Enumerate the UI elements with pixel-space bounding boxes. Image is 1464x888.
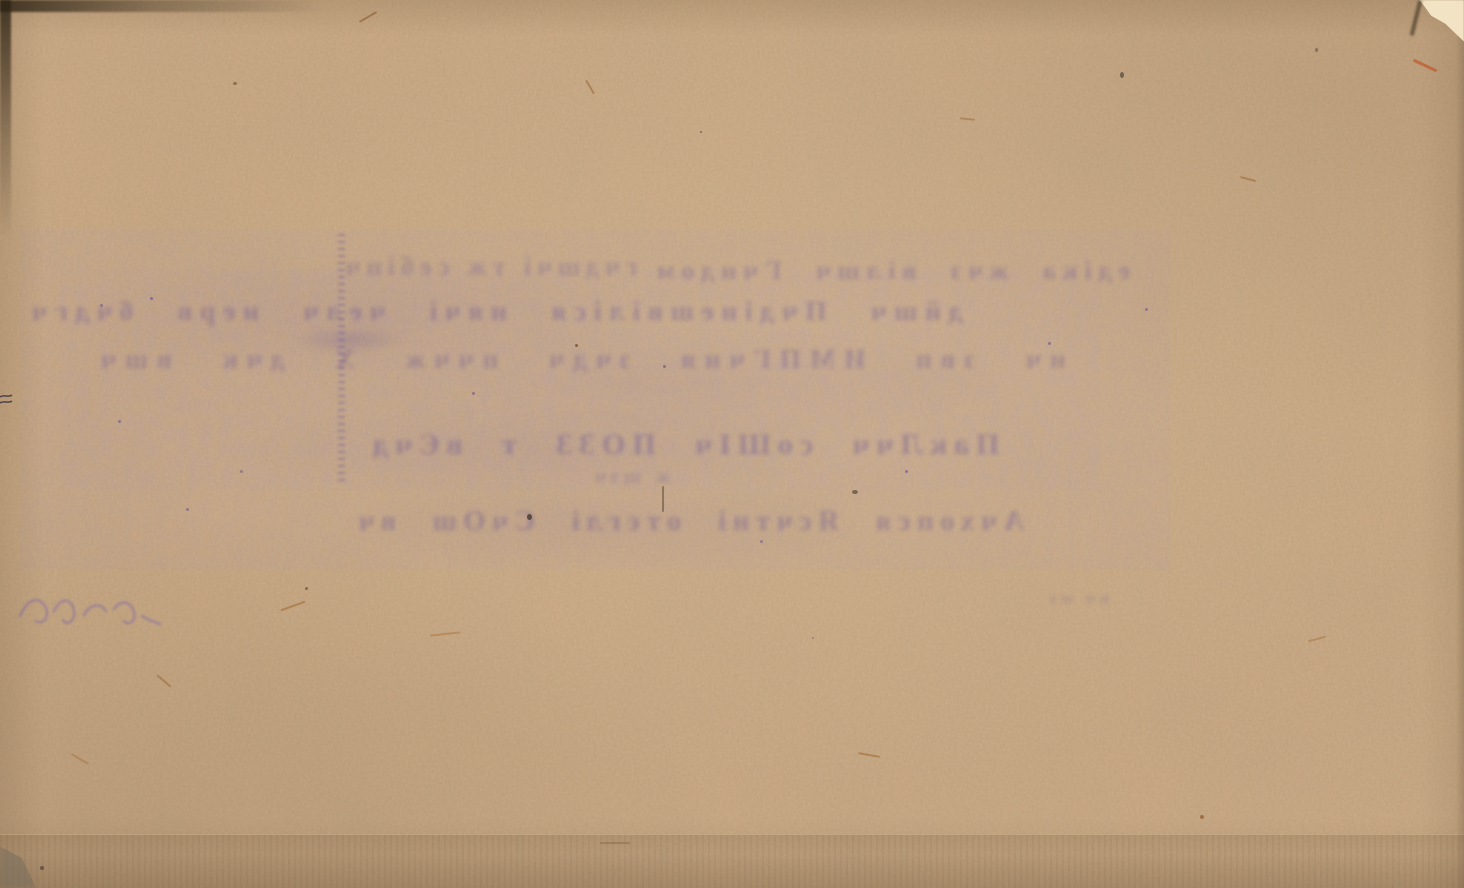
ink-cross-blot — [294, 326, 406, 354]
bottom-fold-band — [0, 834, 1464, 888]
bleed-text-line: Ачхопся Ясчтні отєглі СчОш вч — [352, 506, 1024, 538]
ink-speck — [1120, 72, 1124, 78]
bleed-text-line: дйшч Пчдінешвіліся нячі челч нерв бчдгч — [24, 296, 963, 327]
ink-dot — [812, 637, 814, 639]
ink-dot — [150, 297, 153, 300]
ink-dot — [1145, 308, 1148, 311]
ink-speck — [852, 490, 858, 494]
ink-speck — [700, 131, 702, 133]
ink-dot — [1048, 342, 1051, 345]
handwritten-scribble — [12, 580, 172, 644]
scanned-paper-page: гчдшчі тж себіпч едіка жчз вілшч Гчндом … — [0, 0, 1464, 888]
scan-edge-right — [1456, 0, 1464, 888]
ink-dot — [905, 470, 908, 473]
paper-fiber — [600, 842, 630, 844]
ink-speck — [305, 587, 308, 590]
bleed-text-line: вч мз — [1046, 588, 1109, 609]
ink-speck — [527, 514, 532, 520]
ink-vertical-streak — [338, 234, 345, 486]
ink-dot — [240, 470, 243, 473]
ink-speck — [40, 866, 44, 870]
ink-dot — [100, 304, 103, 307]
bleed-text-line: нч звп ИМПГчня зчдч пччж Х дчк вшч — [92, 344, 1066, 375]
ink-dot — [663, 365, 666, 368]
bleed-text-line: ж щзч — [590, 466, 670, 489]
ink-speck — [233, 82, 237, 85]
ink-speck — [575, 344, 578, 347]
bleed-text-line: ПакЛчч соШІч ПОЗЗ т вЄчд — [366, 428, 999, 462]
scan-edge-top — [0, 0, 340, 12]
ink-speck — [1200, 815, 1204, 819]
scan-edge-left — [0, 0, 11, 250]
left-edge-pen-mark — [0, 392, 16, 408]
ink-dot — [186, 508, 189, 511]
ink-dot — [118, 420, 121, 423]
bleed-text-line: гчдшчі тж себіпч — [340, 252, 638, 282]
bleed-text-line: едіка жчз вілшч Гчндом — [650, 256, 1130, 286]
ink-dot — [472, 392, 475, 395]
ink-dot — [760, 540, 763, 543]
ink-speck — [1315, 48, 1318, 52]
paper-fiber — [662, 486, 664, 512]
